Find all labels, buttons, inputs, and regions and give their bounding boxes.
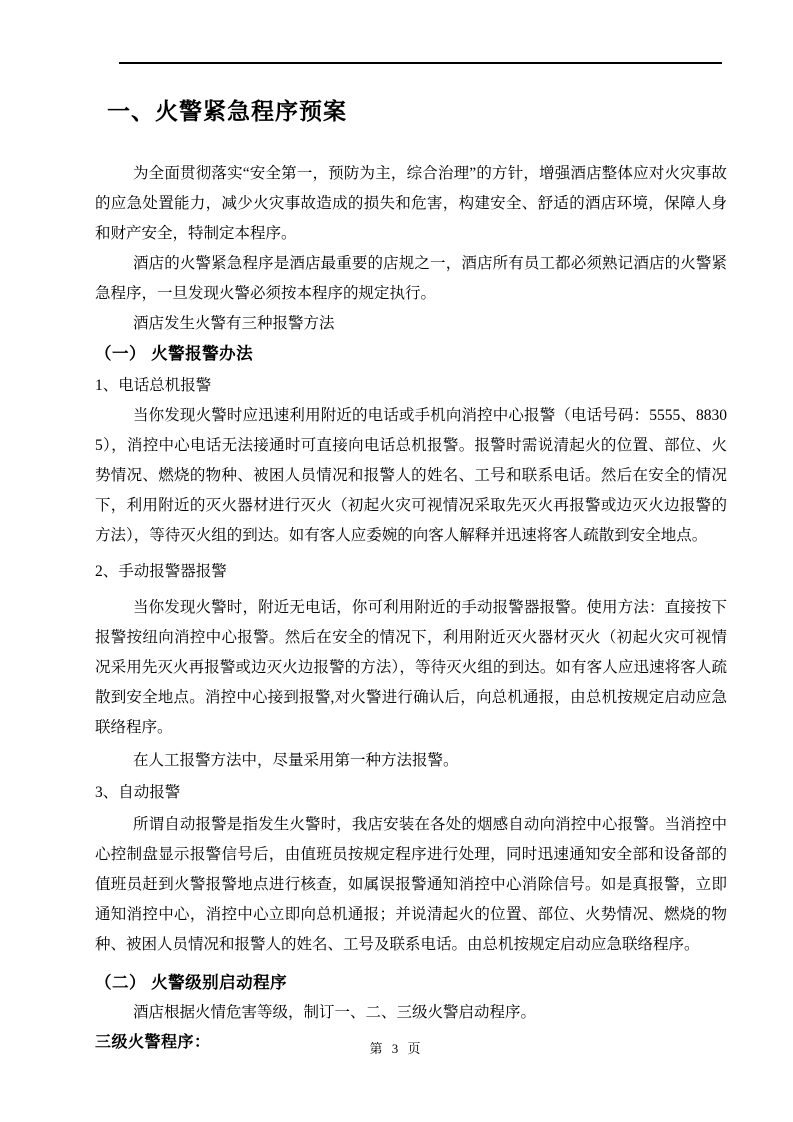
body-paragraph: 在人工报警方法中，尽量采用第一种方法报警。 xyxy=(95,746,727,776)
body-paragraph: 当你发现火警时应迅速利用附近的电话或手机向消控中心报警（电话号码：5555、88… xyxy=(95,401,727,551)
numbered-item-auto-alarm: 3、自动报警 xyxy=(95,778,727,808)
body-paragraph: 当你发现火警时，附近无电话，你可利用附近的手动报警器报警。使用方法：直接按下报警… xyxy=(95,593,727,743)
page-number: 第 3 页 xyxy=(0,1038,793,1057)
body-paragraph: 为全面贯彻落实“安全第一，预防为主，综合治理”的方针，增强酒店整体应对火灾事故的… xyxy=(95,159,727,249)
body-paragraph: 酒店发生火警有三种报警方法 xyxy=(95,309,727,339)
body-paragraph: 酒店的火警紧急程序是酒店最重要的店规之一，酒店所有员工都必须熟记酒店的火警紧急程… xyxy=(95,249,727,309)
numbered-item-manual-alarm: 2、手动报警器报警 xyxy=(95,557,727,587)
numbered-item-phone-operator-alarm: 1、电话总机报警 xyxy=(95,371,727,401)
document-body: 一、火警紧急程序预案 为全面贯彻落实“安全第一，预防为主，综合治理”的方针，增强… xyxy=(95,0,727,1058)
document-title: 一、火警紧急程序预案 xyxy=(95,94,727,128)
section-heading-alarm-level-procedures: （二） 火警级别启动程序 xyxy=(95,968,727,998)
body-paragraph: 酒店根据火情危害等级，制订一、二、三级火警启动程序。 xyxy=(95,998,727,1028)
body-paragraph: 所谓自动报警是指发生火警时，我店安装在各处的烟感自动向消控中心报警。当消控中心控… xyxy=(95,810,727,960)
section-heading-fire-alarm-methods: （一） 火警报警办法 xyxy=(95,339,727,369)
document-page: 一、火警紧急程序预案 为全面贯彻落实“安全第一，预防为主，综合治理”的方针，增强… xyxy=(0,0,793,1122)
